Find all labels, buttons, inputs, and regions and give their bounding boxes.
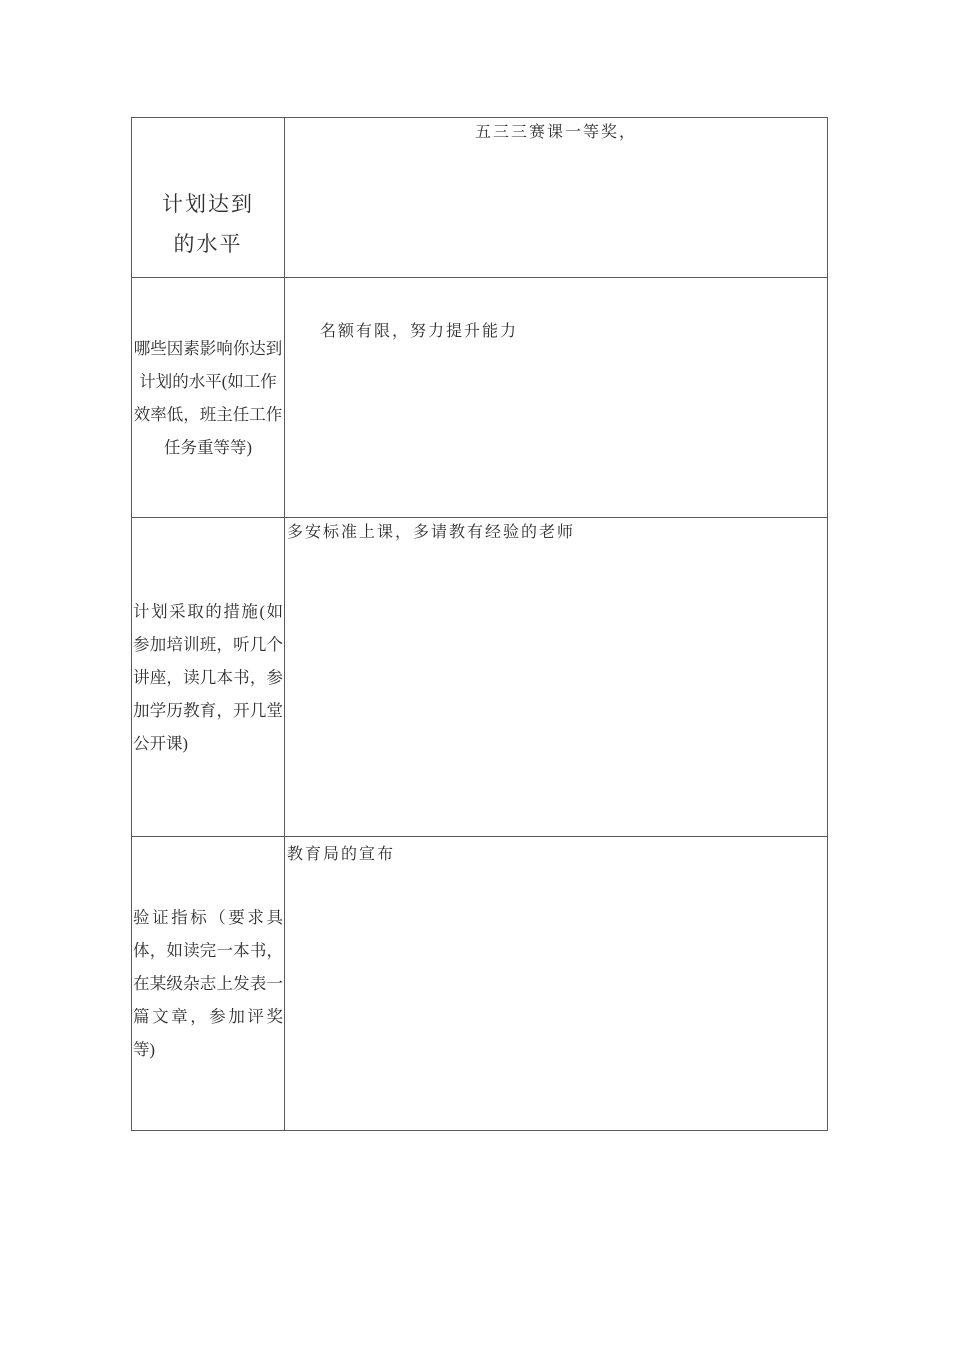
row-label-text: 计划采取的措施(如参加培训班，听几个讲座，读几本书，参加学历教育，开几堂公开课): [132, 595, 284, 760]
row-content-cell-influencing-factors: 名额有限，努力提升能力: [285, 278, 828, 518]
row-label-cell-planned-level: 计划达到的水平: [132, 118, 285, 278]
row-content-text: 教育局的宣布: [285, 837, 827, 866]
row-content-cell-planned-measures: 多安标准上课，多请教有经验的老师: [285, 518, 828, 837]
row-content-cell-planned-level: 五三三赛课一等奖，: [285, 118, 828, 278]
row-label-text: 哪些因素影响你达到计划的水平(如工作效率低，班主任工作任务重等等): [132, 332, 284, 464]
document-page: 计划达到的水平 五三三赛课一等奖， 哪些因素影响你达到计划的水平(如工作效率低，…: [0, 0, 960, 1357]
row-content-text: 多安标准上课，多请教有经验的老师: [285, 518, 827, 544]
row-label-cell-planned-measures: 计划采取的措施(如参加培训班，听几个讲座，读几本书，参加学历教育，开几堂公开课): [132, 518, 285, 837]
row-content-text: 名额有限，努力提升能力: [285, 278, 827, 343]
table-row: 计划达到的水平 五三三赛课一等奖，: [132, 118, 828, 278]
row-label-cell-influencing-factors: 哪些因素影响你达到计划的水平(如工作效率低，班主任工作任务重等等): [132, 278, 285, 518]
row-label-text: 计划达到的水平: [132, 118, 284, 264]
table-row: 哪些因素影响你达到计划的水平(如工作效率低，班主任工作任务重等等) 名额有限，努…: [132, 278, 828, 518]
plan-table: 计划达到的水平 五三三赛课一等奖， 哪些因素影响你达到计划的水平(如工作效率低，…: [131, 117, 828, 1131]
row-label-cell-verification-index: 验证指标（要求具体，如读完一本书，在某级杂志上发表一篇文章，参加评奖等): [132, 837, 285, 1131]
row-label-text: 验证指标（要求具体，如读完一本书，在某级杂志上发表一篇文章，参加评奖等): [132, 901, 284, 1066]
table-row: 计划采取的措施(如参加培训班，听几个讲座，读几本书，参加学历教育，开几堂公开课)…: [132, 518, 828, 837]
table-row: 验证指标（要求具体，如读完一本书，在某级杂志上发表一篇文章，参加评奖等) 教育局…: [132, 837, 828, 1131]
row-content-cell-verification-index: 教育局的宣布: [285, 837, 828, 1131]
row-content-text: 五三三赛课一等奖，: [285, 118, 827, 144]
